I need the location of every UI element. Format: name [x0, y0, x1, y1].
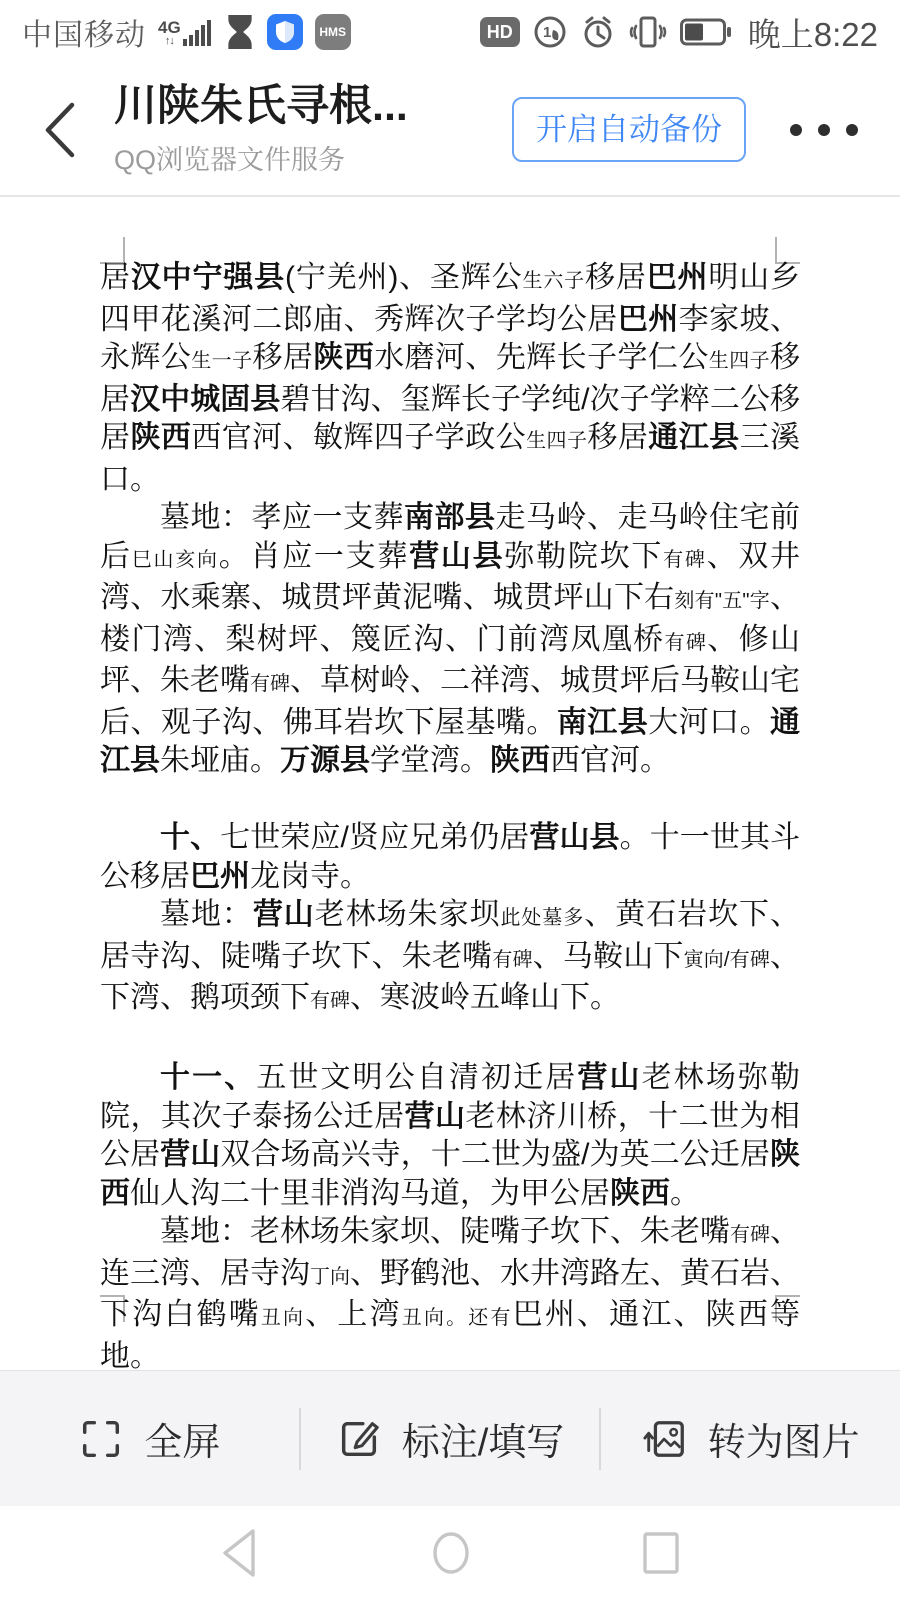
power-mode-icon: 1 — [532, 14, 568, 50]
shield-app-icon — [267, 14, 303, 50]
back-triangle-icon — [217, 1527, 263, 1579]
hd-icon: HD — [480, 17, 520, 47]
back-chevron-icon — [40, 99, 78, 161]
signal-bars-icon — [183, 17, 213, 47]
fullscreen-label: 全屏 — [144, 1411, 220, 1466]
fullscreen-icon — [78, 1416, 124, 1462]
nav-back-button[interactable] — [209, 1519, 271, 1587]
dot-icon — [790, 124, 802, 136]
paragraph-spacer — [100, 1021, 800, 1060]
hourglass-icon — [225, 14, 255, 50]
status-time: 晚上8:22 — [748, 9, 878, 56]
document-paragraph: 墓地：孝应一支葬南部县走马岭、走马岭住宅前后巳山亥向。肖应一支葬营山县弥勒院坎下… — [100, 499, 800, 781]
nav-recents-button[interactable] — [631, 1519, 691, 1587]
dot-icon — [846, 124, 858, 136]
document-paragraph: 居汉中宁强县(宁羌州)、圣辉公生六子移居巴州明山乡四甲花溪河二郎庙、秀辉次子学均… — [100, 259, 800, 499]
page-subtitle: QQ浏览器文件服务 — [114, 138, 512, 177]
enable-auto-backup-button[interactable]: 开启自动备份 — [512, 97, 746, 162]
home-circle-icon — [427, 1527, 475, 1579]
svg-text:1: 1 — [543, 24, 551, 41]
hms-app-icon: HMS — [315, 14, 351, 50]
document-paragraph: 墓地：老林场朱家坝、陡嘴子坎下、朱老嘴有碑、连三湾、居寺沟丁向、野鹤池、水井湾路… — [100, 1213, 800, 1370]
annotate-fill-label: 标注/填写 — [402, 1411, 565, 1466]
to-image-icon — [642, 1416, 688, 1462]
document-viewport[interactable]: 居汉中宁强县(宁羌州)、圣辉公生六子移居巴州明山乡四甲花溪河二郎庙、秀辉次子学均… — [0, 199, 900, 1370]
annotate-fill-button[interactable]: 标注/填写 — [301, 1371, 600, 1506]
android-nav-bar — [0, 1506, 900, 1600]
recents-square-icon — [639, 1527, 683, 1579]
vibrate-icon — [628, 14, 668, 50]
document-body: 居汉中宁强县(宁羌州)、圣辉公生六子移居巴州明山乡四甲花溪河二郎庙、秀辉次子学均… — [100, 259, 800, 1370]
battery-icon — [680, 17, 732, 47]
page-title: 川陕朱氏寻根... — [114, 82, 512, 131]
bottom-toolbar: 全屏 标注/填写 转为图片 — [0, 1370, 900, 1506]
header: 川陕朱氏寻根... QQ浏览器文件服务 开启自动备份 — [0, 64, 900, 197]
paragraph-spacer — [100, 781, 800, 820]
back-button[interactable] — [30, 90, 88, 170]
document-paragraph: 十、七世荣应/贤应兄弟仍居营山县。十一世其斗公移居巴州龙岗寺。 — [100, 819, 800, 896]
document-paragraph: 十一、五世文明公自清初迁居营山老林场弥勒院，其次子泰扬公迁居营山老林济川桥，十二… — [100, 1059, 800, 1213]
dot-icon — [818, 124, 830, 136]
carrier-label: 中国移动 — [22, 10, 146, 54]
convert-to-image-label: 转为图片 — [708, 1411, 860, 1466]
fullscreen-button[interactable]: 全屏 — [0, 1371, 299, 1506]
status-bar: 中国移动 4G ↑↓ HMS HD — [0, 0, 900, 64]
signal-4g-icon: 4G ↑↓ — [158, 17, 213, 47]
annotate-icon — [336, 1416, 382, 1462]
more-menu-button[interactable] — [786, 106, 862, 154]
convert-to-image-button[interactable]: 转为图片 — [601, 1371, 900, 1506]
document-paragraph: 墓地：营山老林场朱家坝此处墓多、黄石岩坎下、居寺沟、陡嘴子坎下、朱老嘴有碑、马鞍… — [100, 896, 800, 1021]
alarm-icon — [580, 14, 616, 50]
title-block: 川陕朱氏寻根... QQ浏览器文件服务 — [114, 82, 512, 177]
nav-home-button[interactable] — [419, 1519, 483, 1587]
